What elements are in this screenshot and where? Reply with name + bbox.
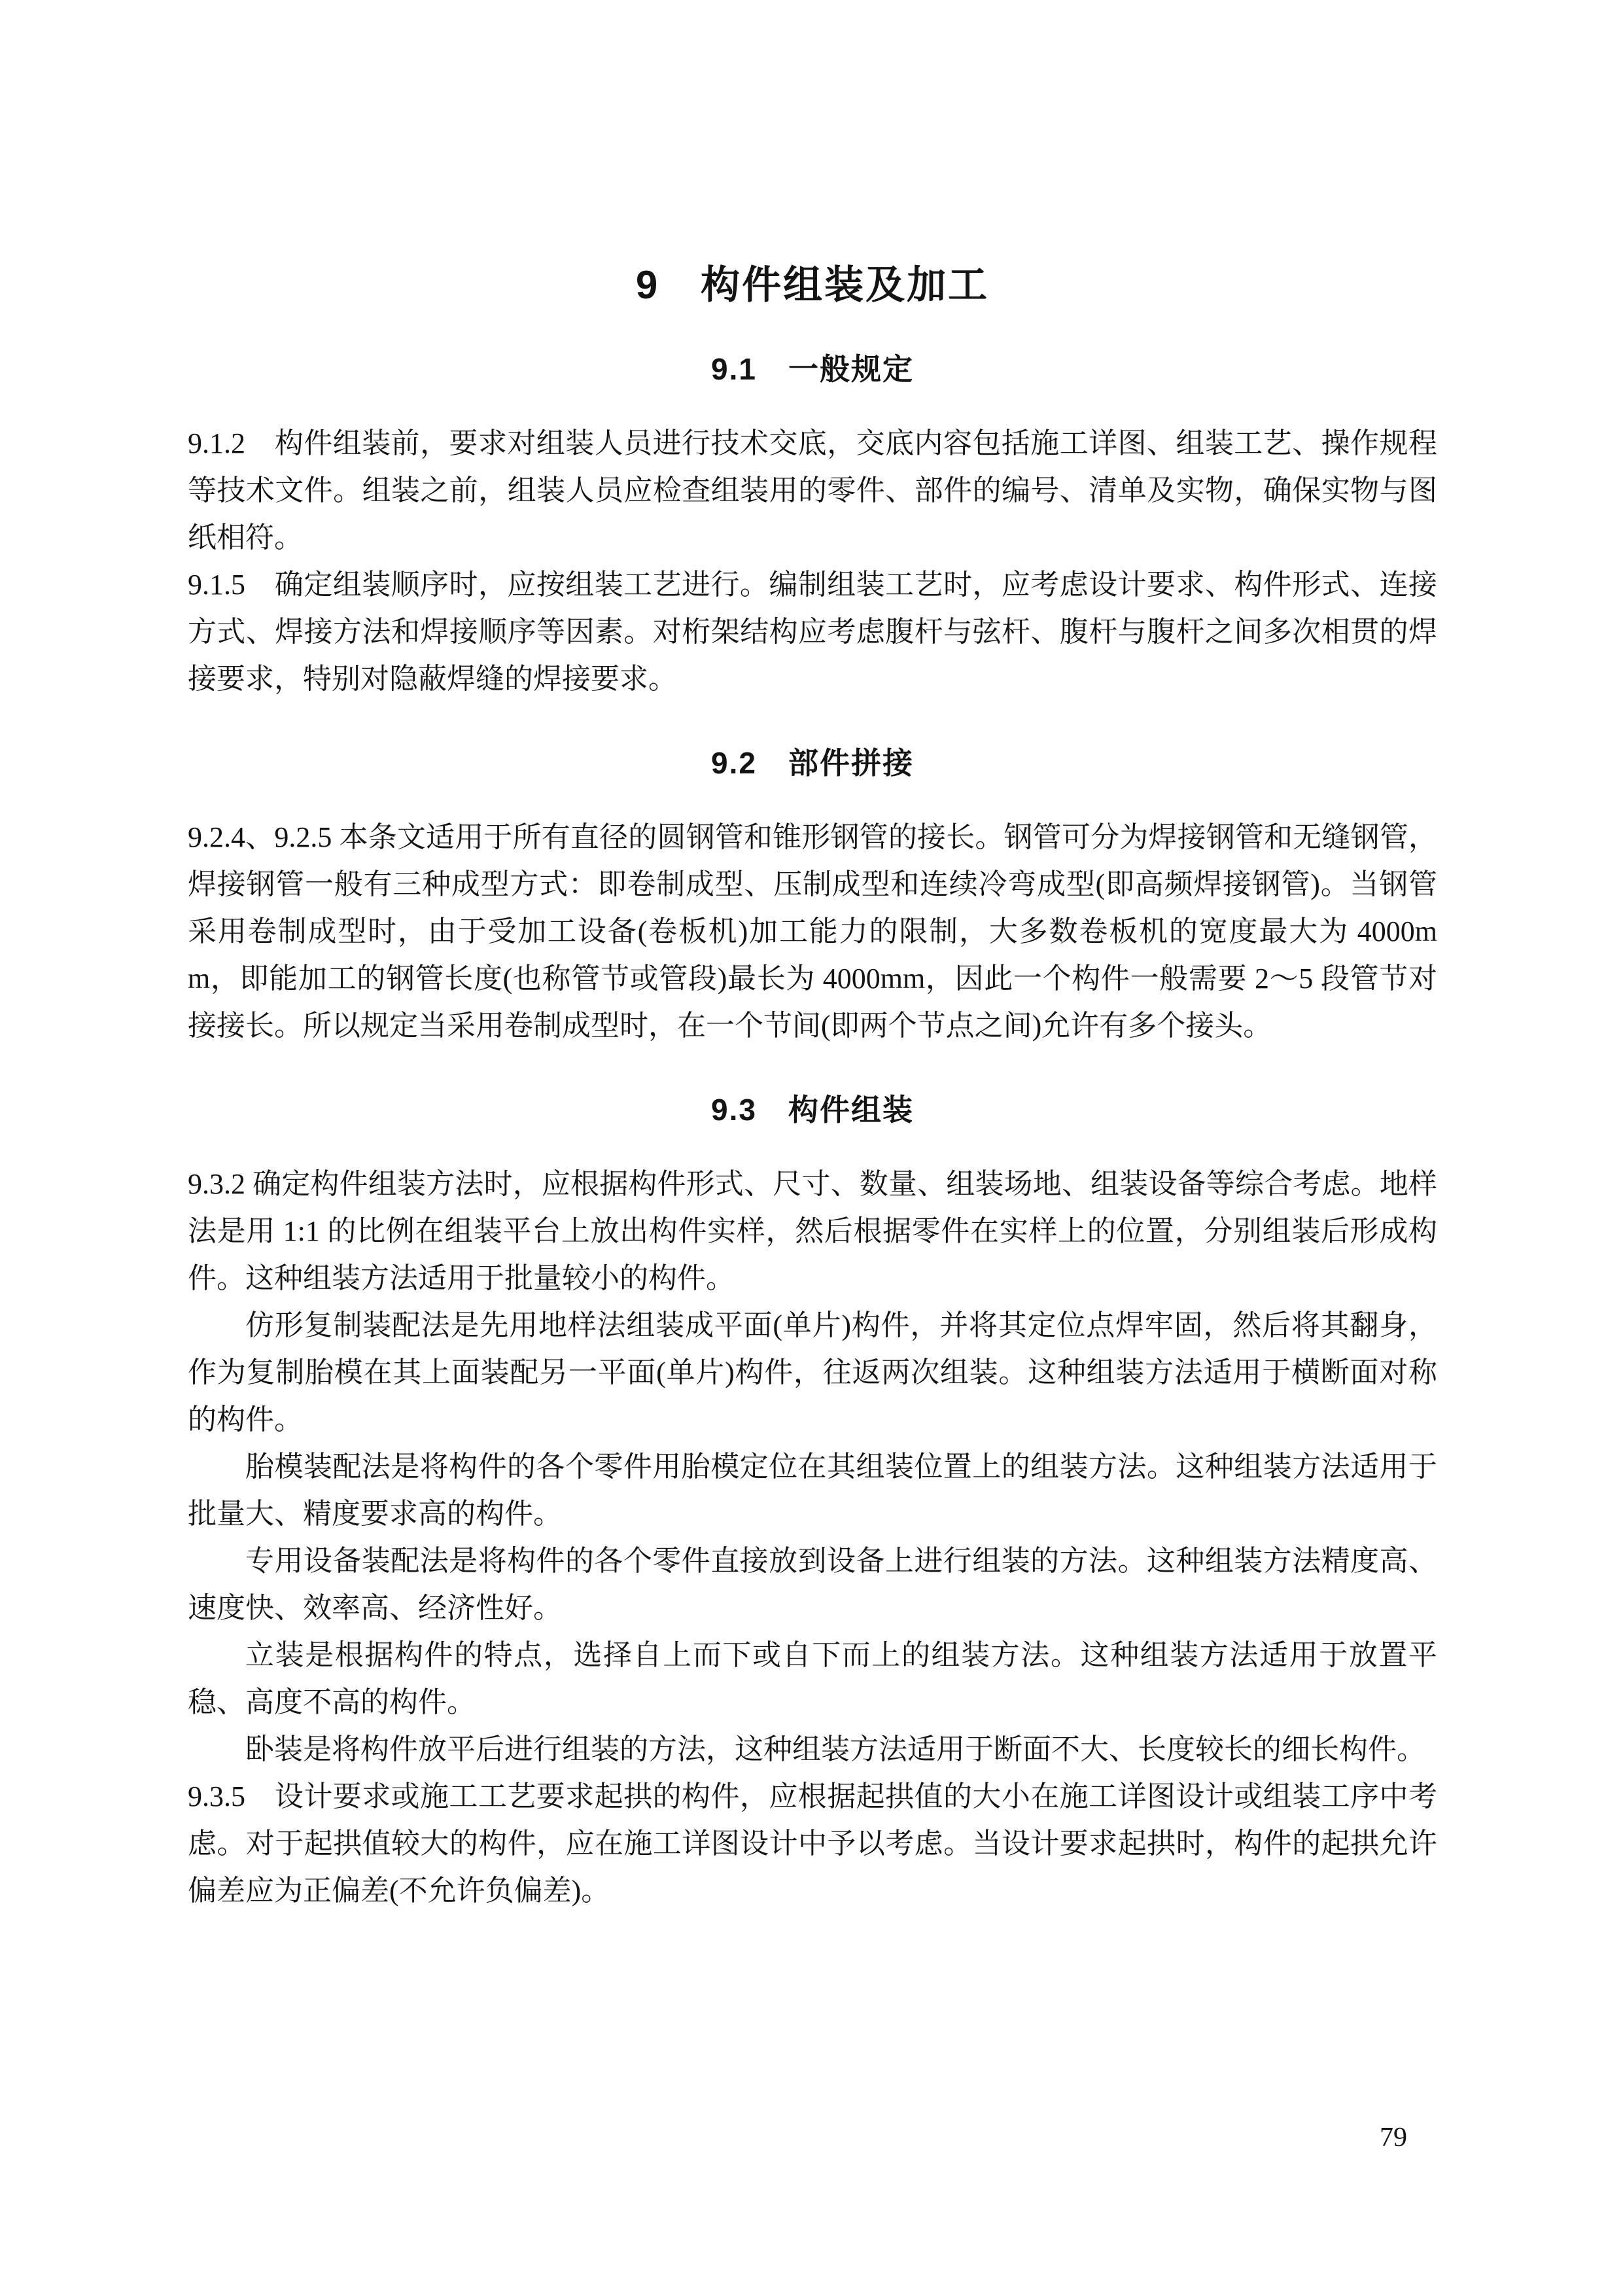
paragraph-9-3-5: 9.3.5 设计要求或施工工艺要求起拱的构件，应根据起拱值的大小在施工详图设计或… (188, 1773, 1437, 1915)
section-heading-9-3: 9.3 构件组装 (188, 1090, 1437, 1129)
paragraph-copy-forming-method: 仿形复制装配法是先用地样法组装成平面(单片)构件，并将其定位点焊牢固，然后将其翻… (188, 1302, 1437, 1443)
chapter-title: 9 构件组装及加工 (188, 262, 1437, 309)
document-page: 9 构件组装及加工 9.1 一般规定 9.1.2 构件组装前，要求对组装人员进行… (188, 0, 1437, 1915)
paragraph-9-3-2: 9.3.2 确定构件组装方法时，应根据构件形式、尺寸、数量、组装场地、组装设备等… (188, 1161, 1437, 1302)
paragraph-9-1-5: 9.1.5 确定组装顺序时，应按组装工艺进行。编制组装工艺时，应考虑设计要求、构… (188, 561, 1437, 703)
paragraph-vertical-assembly: 立装是根据构件的特点，选择自上而下或自下而上的组装方法。这种组装方法适用于放置平… (188, 1632, 1437, 1726)
paragraph-jig-assembly-method: 胎模装配法是将构件的各个零件用胎模定位在其组装位置上的组装方法。这种组装方法适用… (188, 1443, 1437, 1538)
paragraph-9-2-4-9-2-5: 9.2.4、9.2.5 本条文适用于所有直径的圆钢管和锥形钢管的接长。钢管可分为… (188, 814, 1437, 1050)
section-heading-9-1: 9.1 一般规定 (188, 349, 1437, 389)
paragraph-special-equipment-method: 专用设备装配法是将构件的各个零件直接放到设备上进行组装的方法。这种组装方法精度高… (188, 1538, 1437, 1632)
paragraph-horizontal-assembly: 卧装是将构件放平后进行组装的方法，这种组装方法适用于断面不大、长度较长的细长构件… (188, 1726, 1437, 1773)
paragraph-9-1-2: 9.1.2 构件组装前，要求对组装人员进行技术交底，交底内容包括施工详图、组装工… (188, 420, 1437, 561)
page-number: 79 (1380, 2122, 1407, 2153)
section-heading-9-2: 9.2 部件拼接 (188, 743, 1437, 783)
